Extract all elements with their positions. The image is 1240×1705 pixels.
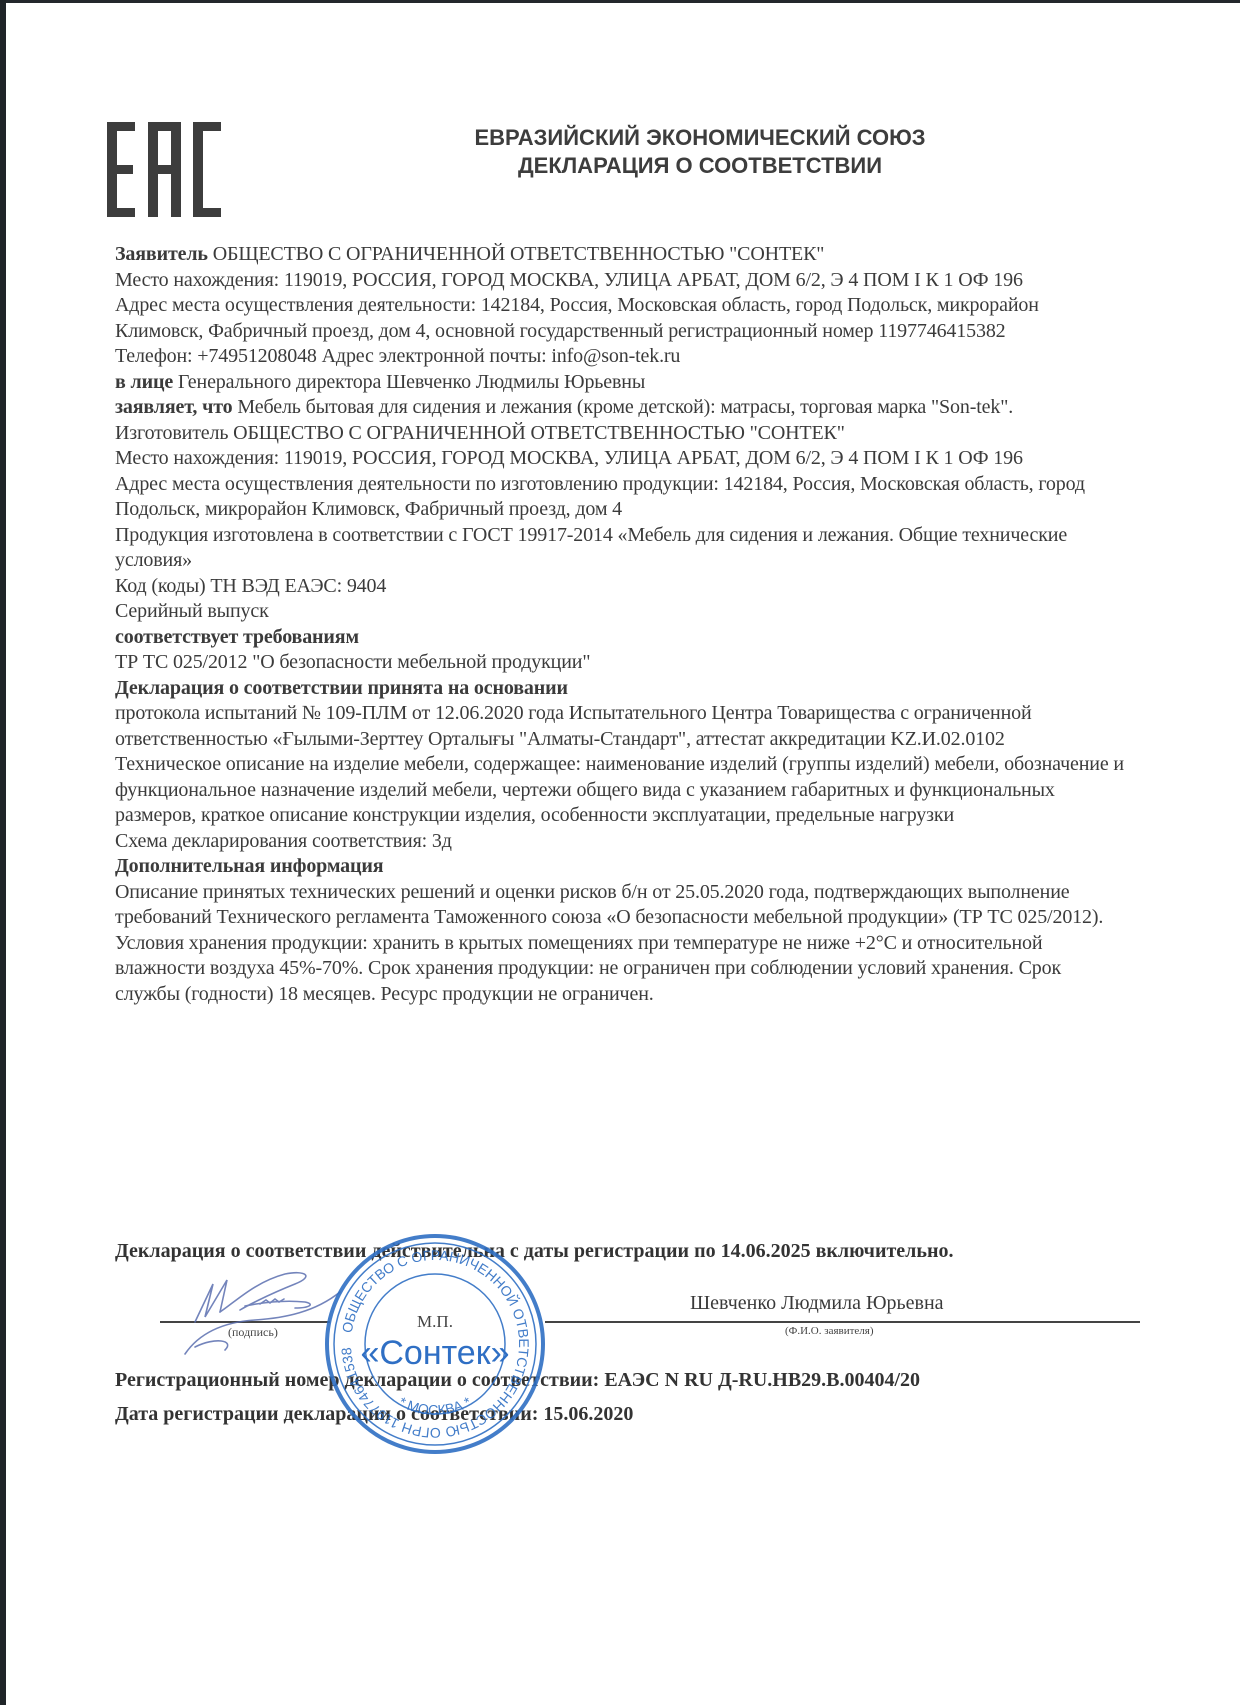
additional-info-text: Описание принятых технических решений и … — [115, 880, 1125, 1008]
declaration-body: Заявитель ОБЩЕСТВО С ОГРАНИЧЕННОЙ ОТВЕТС… — [115, 242, 1125, 1007]
technical-description: Техническое описание на изделие мебели, … — [115, 752, 1125, 829]
declaration-scheme: Схема декларирования соответствия: 3д — [115, 829, 1125, 855]
represented-label: в лице — [115, 371, 173, 393]
release-type: Серийный выпуск — [115, 599, 1125, 625]
stamp-company-name: «Сонтек» — [360, 1334, 509, 1372]
manufacturer-line: Изготовитель ОБЩЕСТВО С ОГРАНИЧЕННОЙ ОТВ… — [115, 421, 1125, 447]
product-description: Мебель бытовая для сидения и лежания (кр… — [233, 396, 1014, 418]
svg-text:* МОСКВА *: * МОСКВА * — [396, 1393, 474, 1418]
stamp-mp: М.П. — [417, 1312, 453, 1331]
requirements-label: соответствует требованиям — [115, 625, 1125, 651]
tn-ved-code: Код (коды) ТН ВЭД ЕАЭС: 9404 — [115, 574, 1125, 600]
basis-label: Декларация о соответствии принята на осн… — [115, 676, 1125, 702]
applicant-signatory-name: Шевченко Людмила Юрьевна — [690, 1292, 944, 1315]
scan-border-left — [0, 0, 6, 1705]
technical-regulation: ТР ТС 025/2012 "О безопасности мебельной… — [115, 650, 1125, 676]
applicant-activity-address: Адрес места осуществления деятельности: … — [115, 293, 1125, 344]
union-title: ЕВРАЗИЙСКИЙ ЭКОНОМИЧЕСКИЙ СОЮЗ — [420, 124, 980, 152]
applicant-label: Заявитель — [115, 243, 208, 265]
declares-line: заявляет, что Мебель бытовая для сидения… — [115, 395, 1125, 421]
document-title: ДЕКЛАРАЦИЯ О СООТВЕТСТВИИ — [420, 152, 980, 180]
manufacturer-name: ОБЩЕСТВО С ОГРАНИЧЕННОЙ ОТВЕТСТВЕННОСТЬЮ… — [228, 422, 844, 444]
scan-border-top — [0, 0, 1240, 3]
additional-info-label: Дополнительная информация — [115, 854, 1125, 880]
applicant-name-line — [545, 1321, 1140, 1323]
applicant-name-caption: (Ф.И.О. заявителя) — [785, 1325, 874, 1337]
applicant-line: Заявитель ОБЩЕСТВО С ОГРАНИЧЕННОЙ ОТВЕТС… — [115, 242, 1125, 268]
manufacturer-location: Место нахождения: 119019, РОССИЯ, ГОРОД … — [115, 446, 1125, 472]
declares-label: заявляет, что — [115, 396, 233, 418]
test-protocol: протокола испытаний № 109-ПЛМ от 12.06.2… — [115, 701, 1125, 752]
eac-mark-icon — [107, 122, 222, 217]
company-seal-icon: ОБЩЕСТВО С ОГРАНИЧЕННОЙ ОТВЕТСТВЕННОСТЬЮ… — [323, 1232, 547, 1456]
represented-line: в лице Генерального директора Шевченко Л… — [115, 370, 1125, 396]
stamp-city: * МОСКВА * — [396, 1393, 474, 1418]
represented-by: Генерального директора Шевченко Людмилы … — [173, 371, 645, 393]
applicant-contacts: Телефон: +74951208048 Адрес электронной … — [115, 344, 1125, 370]
manufacturer-production-address: Адрес места осуществления деятельности п… — [115, 472, 1125, 523]
manufacturing-standard: Продукция изготовлена в соответствии с Г… — [115, 523, 1125, 574]
document-header: ЕВРАЗИЙСКИЙ ЭКОНОМИЧЕСКИЙ СОЮЗ ДЕКЛАРАЦИ… — [420, 124, 980, 180]
applicant-name: ОБЩЕСТВО С ОГРАНИЧЕННОЙ ОТВЕТСТВЕННОСТЬЮ… — [208, 243, 824, 265]
manufacturer-label: Изготовитель — [115, 422, 228, 444]
applicant-location: Место нахождения: 119019, РОССИЯ, ГОРОД … — [115, 268, 1125, 294]
